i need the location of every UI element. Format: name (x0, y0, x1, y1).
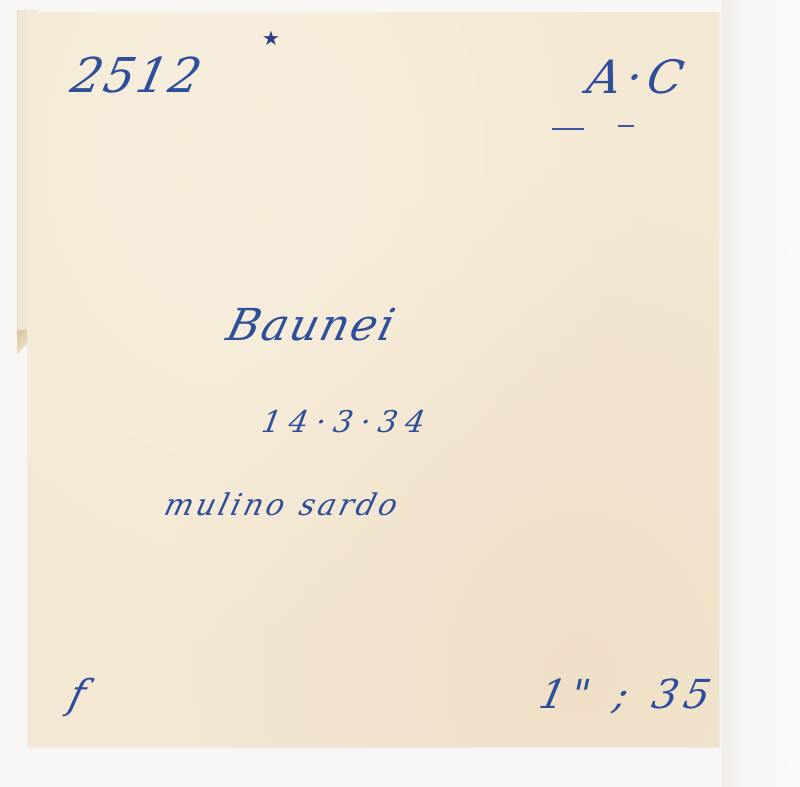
measurement: 1" ; 35 (535, 672, 720, 718)
collection-code: A·C (583, 50, 694, 104)
underline-stroke (552, 128, 584, 130)
underline-stroke (618, 125, 634, 127)
description: mulino sardo (161, 488, 404, 523)
catalog-number: 2512 (66, 48, 208, 104)
place-name: Baunei (222, 300, 402, 351)
star-icon: ★ (262, 26, 280, 50)
date: 14·3·34 (259, 405, 436, 440)
handwritten-card (27, 12, 719, 747)
background-surface (722, 0, 800, 787)
